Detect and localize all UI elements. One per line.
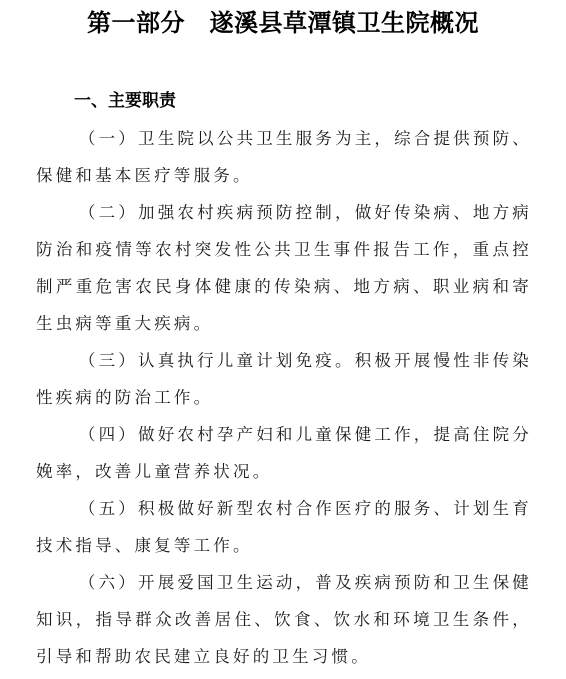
- document-title: 第一部分 遂溪县草潭镇卫生院概况: [0, 6, 566, 40]
- paragraph-2: （二）加强农村疾病预防控制，做好传染病、地方病防治和疫情等农村突发性公共卫生事件…: [36, 194, 532, 342]
- section-heading: 一、主要职责: [74, 88, 176, 114]
- paragraph-1: （一）卫生院以公共卫生服务为主，综合提供预防、保健和基本医疗等服务。: [36, 120, 532, 194]
- paragraph-3: （三）认真执行儿童计划免疫。积极开展慢性非传染性疾病的防治工作。: [36, 342, 532, 416]
- section-body: （一）卫生院以公共卫生服务为主，综合提供预防、保健和基本医疗等服务。 （二）加强…: [36, 120, 532, 675]
- paragraph-5: （五）积极做好新型农村合作医疗的服务、计划生育技术指导、康复等工作。: [36, 490, 532, 564]
- paragraph-4: （四）做好农村孕产妇和儿童保健工作，提高住院分娩率，改善儿童营养状况。: [36, 416, 532, 490]
- document-page: 第一部分 遂溪县草潭镇卫生院概况 一、主要职责 （一）卫生院以公共卫生服务为主，…: [0, 0, 566, 679]
- paragraph-6: （六）开展爱国卫生运动，普及疾病预防和卫生保健知识，指导群众改善居住、饮食、饮水…: [36, 564, 532, 675]
